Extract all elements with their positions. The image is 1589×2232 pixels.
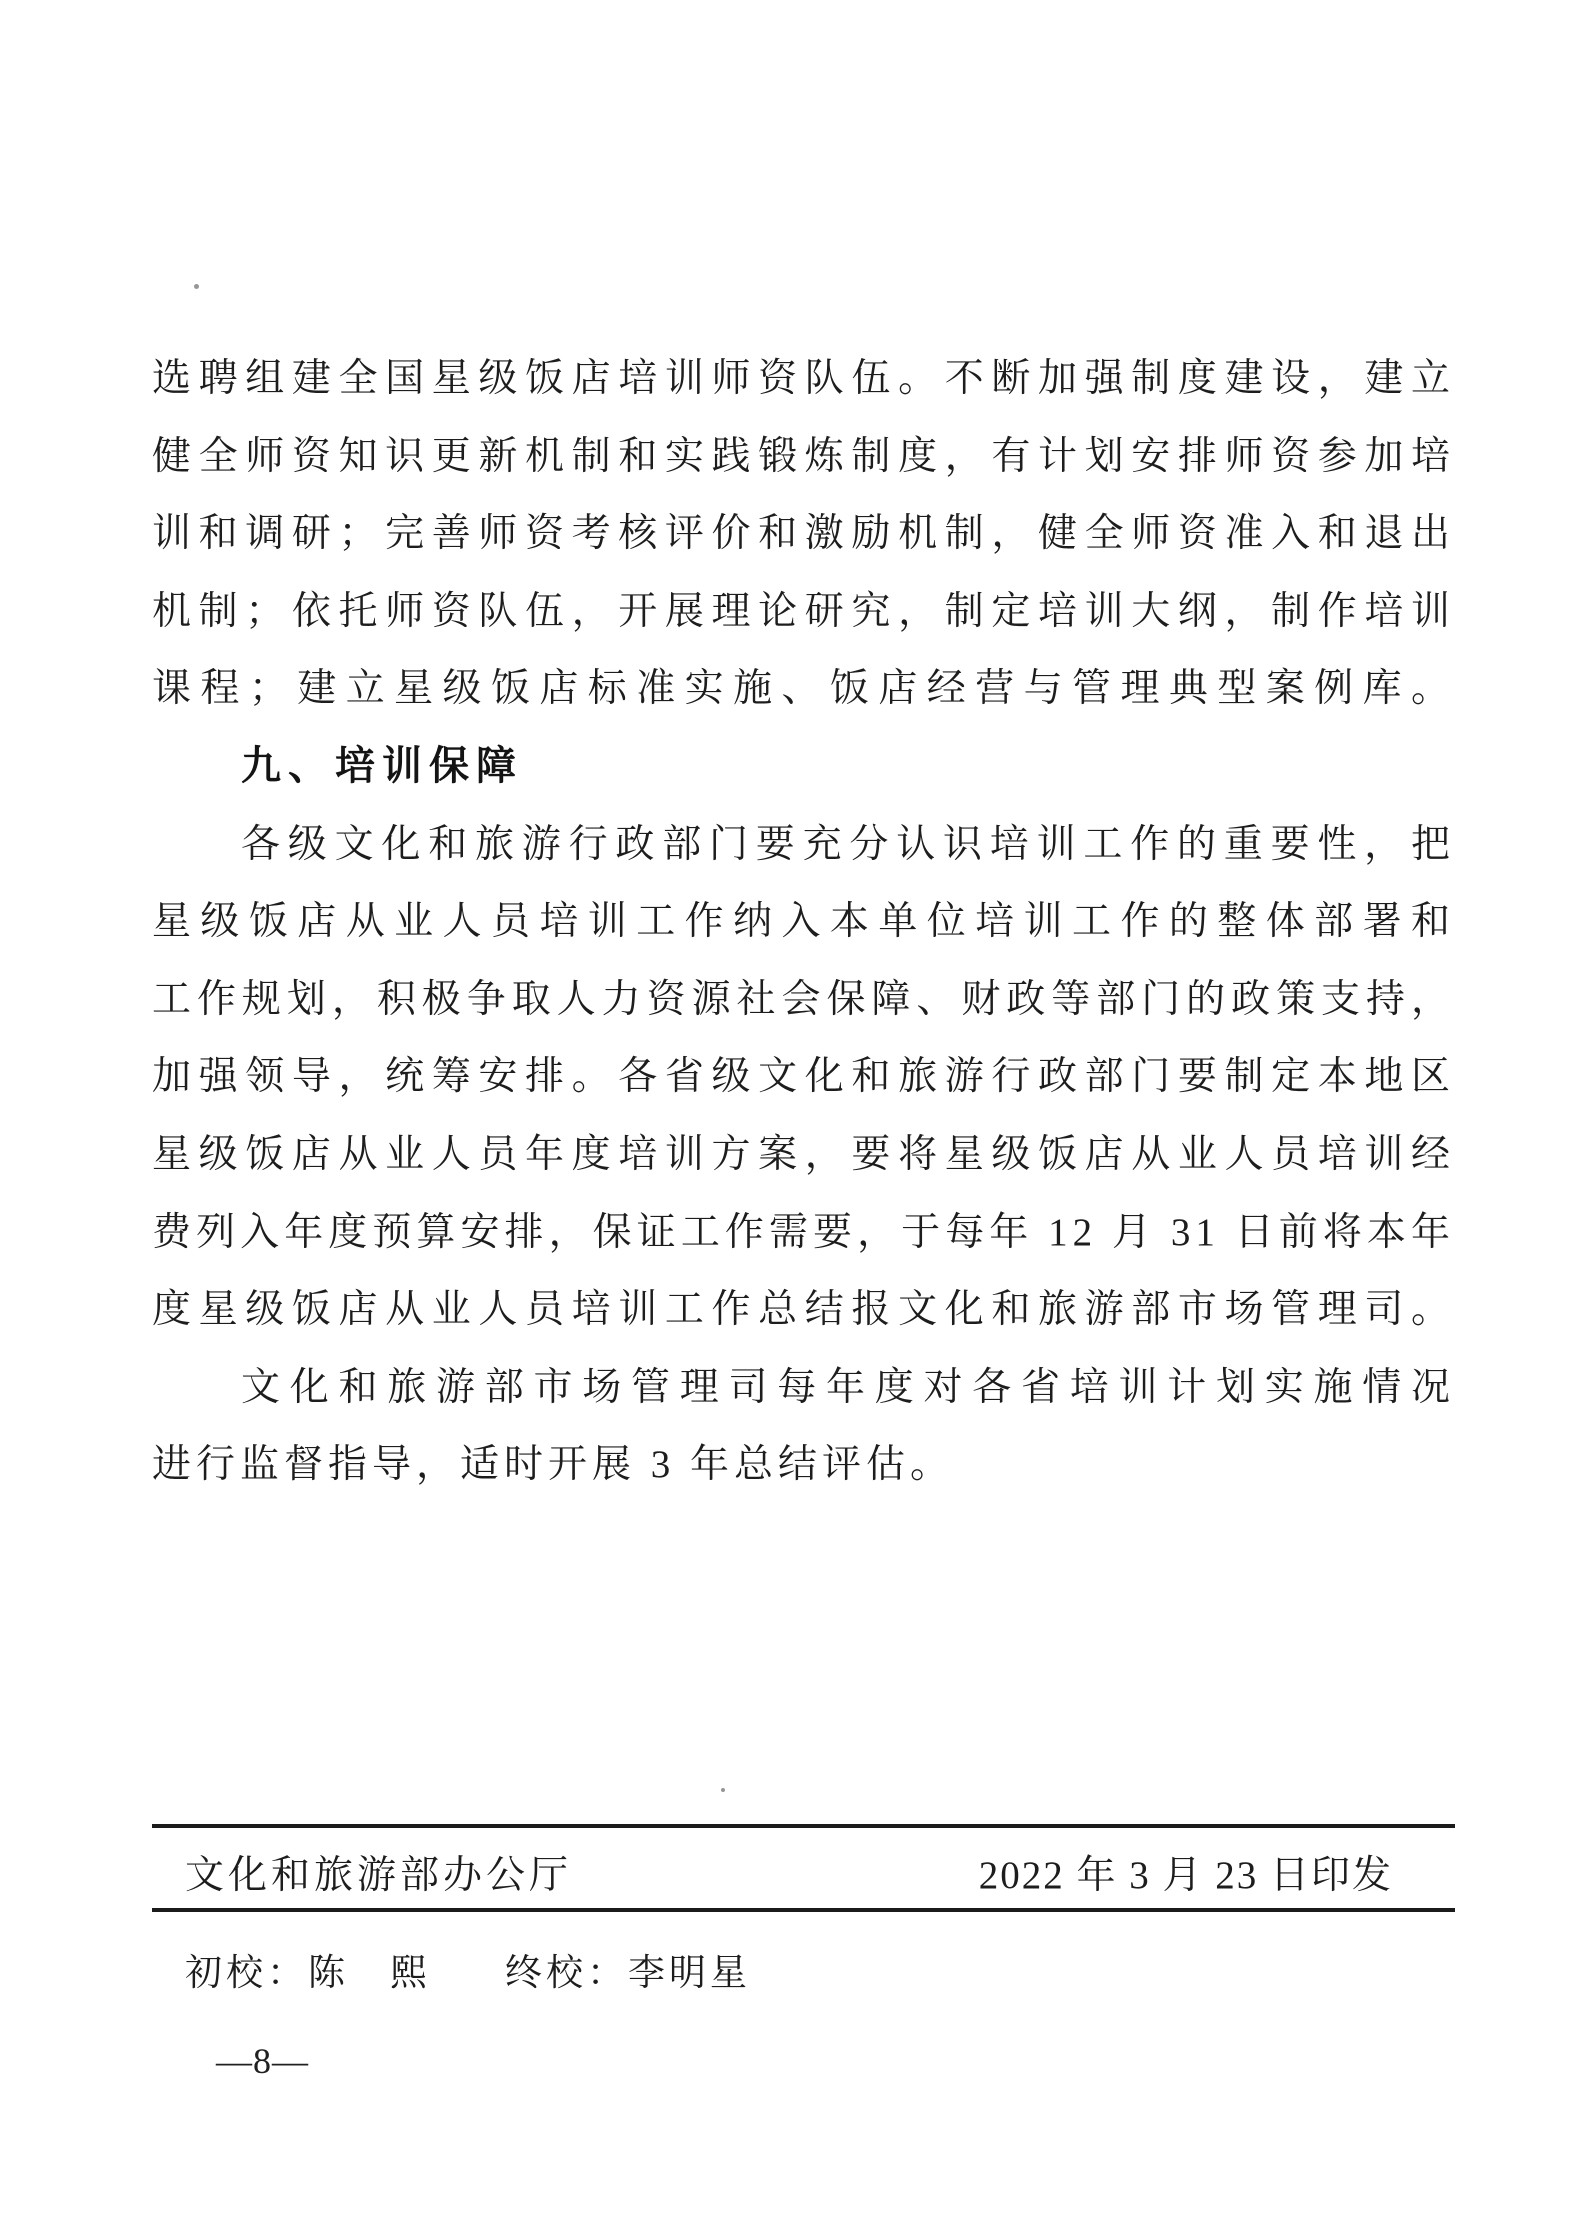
document-body: 选聘组建全国星级饭店培训师资队伍。不断加强制度建设，建立 健全师资知识更新机制和… — [152, 340, 1455, 1504]
issuing-office: 文化和旅游部办公厅 — [185, 1844, 572, 1900]
body-line: 工作规划，积极争取人力资源社会保障、财政等部门的政策支持， — [152, 961, 1455, 1039]
body-line: 星级饭店从业人员培训工作纳入本单位培训工作的整体部署和 — [152, 883, 1455, 961]
body-line: 健全师资知识更新机制和实践锻炼制度，有计划安排师资参加培 — [152, 418, 1455, 496]
footer-issuer-row: 文化和旅游部办公厅 2022 年 3 月 23 日印发 — [152, 1840, 1455, 1904]
footer-divider-bottom — [152, 1908, 1455, 1912]
footer-divider-top — [152, 1824, 1455, 1828]
body-line: 度星级饭店从业人员培训工作总结报文化和旅游部市场管理司。 — [152, 1271, 1455, 1349]
body-line: 训和调研；完善师资考核评价和激励机制，健全师资准入和退出 — [152, 495, 1455, 573]
proofreader-row: 初校：陈 熙 终校：李明星 — [185, 1936, 751, 2002]
scan-artifact-dot — [194, 284, 199, 289]
body-line: 星级饭店从业人员年度培训方案，要将星级饭店从业人员培训经 — [152, 1116, 1455, 1194]
body-line: 机制；依托师资队伍，开展理论研究，制定培训大纲，制作培训 — [152, 573, 1455, 651]
body-line: 加强领导，统筹安排。各省级文化和旅游行政部门要制定本地区 — [152, 1038, 1455, 1116]
first-proofreader: 初校：陈 熙 — [185, 1942, 431, 1996]
body-line: 进行监督指导，适时开展 3 年总结评估。 — [152, 1426, 1455, 1504]
body-line: 文化和旅游部市场管理司每年度对各省培训计划实施情况 — [152, 1349, 1455, 1427]
final-proofreader: 终校：李明星 — [505, 1942, 751, 1996]
body-line: 选聘组建全国星级饭店培训师资队伍。不断加强制度建设，建立 — [152, 340, 1455, 418]
body-line: 课程；建立星级饭店标准实施、饭店经营与管理典型案例库。 — [152, 650, 1455, 728]
body-line: 费列入年度预算安排，保证工作需要，于每年 12 月 31 日前将本年 — [152, 1194, 1455, 1272]
scan-artifact-dot — [721, 1788, 725, 1792]
issue-date: 2022 年 3 月 23 日印发 — [979, 1844, 1393, 1900]
document-page: 选聘组建全国星级饭店培训师资队伍。不断加强制度建设，建立 健全师资知识更新机制和… — [0, 0, 1589, 2232]
page-number: —8— — [216, 2040, 309, 2082]
body-line: 各级文化和旅游行政部门要充分认识培训工作的重要性，把 — [152, 806, 1455, 884]
section-heading: 九、培训保障 — [152, 728, 1455, 806]
